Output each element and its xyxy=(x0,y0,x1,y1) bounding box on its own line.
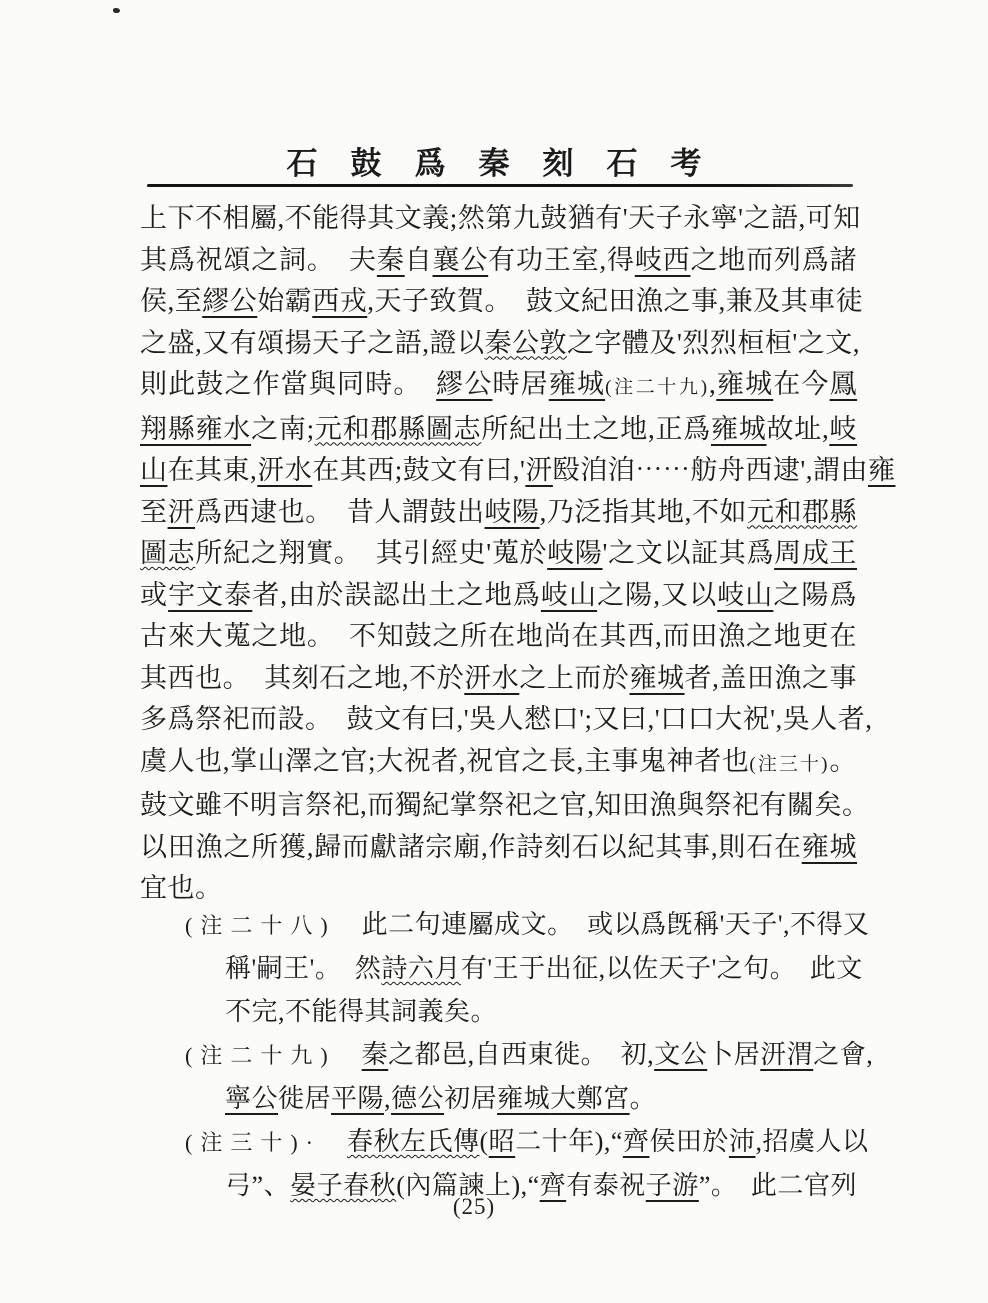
proper-noun-text: 岐山 xyxy=(541,580,597,610)
page-number: (25) xyxy=(0,1194,948,1220)
text-line: (注二十九)秦之都邑,自西東徙。 初,文公卜居汧渭之會, xyxy=(140,1033,857,1077)
text-segment: 不完,不能得其詞義矣。 xyxy=(225,997,497,1026)
text-segment: 虞人也,掌山澤之官;大祝者,祝官之長,主事鬼神者也 xyxy=(140,746,749,776)
text-line: 翔縣雍水之南;元和郡縣圖志所紀出土之地,正爲雍城故址,岐 xyxy=(140,409,857,451)
text-segment: 鼓文雖不明言祭祀,而獨紀掌祭祀之官,知田漁與祭祀有關矣。 xyxy=(140,790,870,820)
book-title-text: 秦公敦 xyxy=(485,328,568,358)
text-line: 虞人也,掌山澤之官;大祝者,祝官之長,主事鬼神者也(注三十)。 xyxy=(140,741,857,786)
text-segment: ( xyxy=(480,1127,489,1156)
text-segment: 殹洎洎⋯⋯舫舟西逮',謂由 xyxy=(553,455,868,485)
text-line: 圖志所紀之翔實。 其引經史'蒐於岐陽'之文以証其爲周成王 xyxy=(140,533,857,575)
text-segment: 多爲祭祀而設。 鼓文有曰,'吳人憖口';又曰,'口口大祝',吳人者, xyxy=(140,704,872,734)
footnote: (注二十九)秦之都邑,自西東徙。 初,文公卜居汧渭之會,寧公徙居平陽,德公初居雍… xyxy=(140,1033,857,1120)
text-segment: 之地而列爲諸 xyxy=(690,245,857,275)
text-segment: 或 xyxy=(140,580,168,610)
text-line: 至汧爲西逮也。 昔人謂鼓出岐陽,乃泛指其地,不如元和郡縣 xyxy=(140,492,857,534)
text-line: 或宇文泰者,由於誤認出土之地爲岐山之陽,又以岐山之陽爲 xyxy=(140,575,857,617)
book-title-text: 元和郡縣圖志 xyxy=(315,414,482,444)
book-title-text: 春秋左氏傳 xyxy=(347,1127,480,1156)
text-line: 山在其東,汧水在其西;鼓文有曰,'汧殹洎洎⋯⋯舫舟西逮',謂由雍 xyxy=(140,450,857,492)
text-segment: 所紀之翔實。 其引經史'蒐於 xyxy=(195,538,547,568)
text-segment: 之字體及'烈烈桓桓'之文, xyxy=(567,328,860,358)
text-segment: 所紀出土之地,正爲 xyxy=(481,414,711,444)
text-line: 其爲祝頌之詞。 夫秦自襄公有功王室,得岐西之地而列爲諸 xyxy=(140,240,857,282)
text-segment: 時居 xyxy=(492,369,548,399)
text-segment: 有功王室,得 xyxy=(488,245,635,275)
text-segment: 在今 xyxy=(773,369,829,399)
text-segment: ,天子致賀。 鼓文紀田漁之事,兼及其車徒 xyxy=(367,286,863,316)
text-line: 之盛,又有頌揚天子之語,證以秦公敦之字體及'烈烈桓桓'之文, xyxy=(140,323,857,365)
text-segment: 者,盖田漁之事 xyxy=(685,663,857,693)
proper-noun-text: 西戎 xyxy=(312,286,367,316)
text-line: 不完,不能得其詞義矣。 xyxy=(140,990,857,1033)
text-line: 其西也。 其刻石之地,不於汧水之上而於雍城者,盖田漁之事 xyxy=(140,658,857,700)
text-segment: , xyxy=(384,1084,391,1113)
document-title: 石鼓爲秦刻石考 xyxy=(0,138,988,183)
text-segment: 徙居 xyxy=(278,1084,331,1113)
text-segment: 爲西逮也。 昔人謂鼓出 xyxy=(195,497,484,527)
text-line: 則此鼓之作當與同時。 繆公時居雍城(注二十九),雍城在今鳳 xyxy=(140,364,857,409)
text-segment: ,招虞人以 xyxy=(755,1127,868,1156)
text-segment: 之南; xyxy=(251,414,315,444)
text-line: (注三十)·春秋左氏傳(昭二十年),“齊侯田於沛,招虞人以 xyxy=(140,1120,857,1164)
text-line: 鼓文雖不明言祭祀,而獨紀掌祭祀之官,知田漁與祭祀有關矣。 xyxy=(140,785,857,827)
text-segment: 其爲祝頌之詞。 夫 xyxy=(140,245,377,275)
text-segment: 有'王于出征,以佐天子'之句。 此文 xyxy=(461,954,863,983)
text-segment: 。 xyxy=(630,1084,657,1113)
text-segment: 之會, xyxy=(813,1040,873,1069)
text-segment: 至 xyxy=(140,497,168,527)
text-segment: ,乃泛指其地,不如 xyxy=(540,497,747,527)
text-segment: 故址, xyxy=(767,414,830,444)
proper-noun-text: 汧渭 xyxy=(760,1040,813,1069)
text-segment: 在其東, xyxy=(168,455,258,485)
text-segment: 之陽,又以 xyxy=(597,580,717,610)
proper-noun-text: 汧 xyxy=(168,497,196,527)
text-segment: 之上而於 xyxy=(519,663,629,693)
scan-artifact-speck xyxy=(113,8,120,13)
text-line: 古來大蒐之地。 不知鼓之所在地尚在其西,而田漁之地更在 xyxy=(140,616,857,658)
text-segment: 其西也。 其刻石之地,不於 xyxy=(140,663,464,693)
text-segment: 宜也。 xyxy=(140,873,223,903)
text-segment: 侯,至 xyxy=(140,286,202,316)
text-segment: 此二句連屬成文。 或以爲旣稱'天子',不得又 xyxy=(362,910,870,939)
text-segment: 。 xyxy=(829,746,857,776)
proper-noun-text: 秦 xyxy=(362,1040,389,1069)
proper-noun-text: 宇文泰 xyxy=(168,580,252,610)
proper-noun-text: 繆公 xyxy=(202,286,257,316)
text-line: (注二十八)此二句連屬成文。 或以爲旣稱'天子',不得又 xyxy=(140,903,857,947)
footnote-label: (注三十)· xyxy=(185,1130,321,1155)
proper-noun-text: 秦 xyxy=(377,245,405,275)
proper-noun-text: 襄公 xyxy=(433,245,489,275)
proper-noun-text: 山 xyxy=(140,455,168,485)
proper-noun-text: 寧公 xyxy=(225,1084,278,1113)
text-segment: 初居 xyxy=(444,1084,497,1113)
text-segment: 始霸 xyxy=(257,286,312,316)
proper-noun-text: 沛 xyxy=(729,1127,756,1156)
book-title-text: 元和郡縣 xyxy=(747,497,857,527)
footnotes: (注二十八)此二句連屬成文。 或以爲旣稱'天子',不得又稱'嗣王'。 然詩六月有… xyxy=(140,903,857,1207)
title-divider-rule xyxy=(147,184,853,187)
proper-noun-text: 大鄭宮 xyxy=(550,1084,630,1113)
text-segment: 以田漁之所獲,歸而獻諸宗廟,作詩刻石以紀其事,則石在 xyxy=(140,832,802,862)
proper-noun-text: 繆公 xyxy=(436,369,492,399)
proper-noun-text: 周成王 xyxy=(774,538,857,568)
text-line: 上下不相屬,不能得其文義;然第九鼓猶有'天子永寧'之語,可知 xyxy=(140,198,857,240)
proper-noun-text: 齊 xyxy=(623,1127,650,1156)
footnote-label: (注二十九) xyxy=(185,1043,336,1068)
proper-noun-text: 雍 xyxy=(868,455,896,485)
text-segment: 卜居 xyxy=(707,1040,760,1069)
text-line: 侯,至繆公始霸西戎,天子致賀。 鼓文紀田漁之事,兼及其車徒 xyxy=(140,281,857,323)
text-segment: 在其西;鼓文有曰,' xyxy=(312,455,525,485)
text-segment: 者,由於誤認出土之地爲 xyxy=(252,580,541,610)
text-segment: 之盛,又有頌揚天子之語,證以 xyxy=(140,328,485,358)
proper-noun-text: 昭 xyxy=(489,1127,516,1156)
text-line: 以田漁之所獲,歸而獻諸宗廟,作詩刻石以紀其事,則石在雍城 xyxy=(140,827,857,869)
inline-note-reference: (注三十) xyxy=(749,754,829,775)
proper-noun-text: 雍城 xyxy=(716,369,773,399)
proper-noun-text: 德公 xyxy=(391,1084,444,1113)
proper-noun-text: 雍水 xyxy=(196,414,252,444)
text-segment: 之都邑,自西東徙。 初, xyxy=(388,1040,654,1069)
footnote: (注二十八)此二句連屬成文。 或以爲旣稱'天子',不得又稱'嗣王'。 然詩六月有… xyxy=(140,903,857,1033)
text-segment: '之文以証其爲 xyxy=(603,538,775,568)
inline-note-reference: (注二十九) xyxy=(605,377,709,398)
proper-noun-text: 雍城 xyxy=(629,663,684,693)
proper-noun-text: 鳳 xyxy=(830,369,858,399)
body-text: 上下不相屬,不能得其文義;然第九鼓猶有'天子永寧'之語,可知其爲祝頌之詞。 夫秦… xyxy=(140,198,857,910)
footnote-label: (注二十八) xyxy=(185,913,336,938)
book-title-text: 圖志 xyxy=(140,538,195,568)
text-line: 稱'嗣王'。 然詩六月有'王于出征,以佐天子'之句。 此文 xyxy=(140,947,857,990)
proper-noun-text: 岐陽 xyxy=(547,538,602,568)
text-segment: 侯田於 xyxy=(649,1127,729,1156)
text-segment: 二十年),“ xyxy=(515,1127,623,1156)
proper-noun-text: 平陽 xyxy=(331,1084,384,1113)
proper-noun-text: 文公 xyxy=(654,1040,707,1069)
proper-noun-text: 汧 xyxy=(525,455,553,485)
text-segment: 之陽爲 xyxy=(773,580,857,610)
proper-noun-text: 汧水 xyxy=(257,455,312,485)
proper-noun-text: 岐 xyxy=(829,414,857,444)
proper-noun-text: 雍城 xyxy=(497,1084,550,1113)
proper-noun-text: 雍城 xyxy=(711,414,767,444)
proper-noun-text: 雍城 xyxy=(549,369,605,399)
proper-noun-text: 岐陽 xyxy=(485,497,540,527)
scanned-page: 石鼓爲秦刻石考 上下不相屬,不能得其文義;然第九鼓猶有'天子永寧'之語,可知其爲… xyxy=(0,0,988,1303)
text-segment: 則此鼓之作當與同時。 xyxy=(140,369,436,399)
text-segment: 自 xyxy=(405,245,433,275)
text-line: 寧公徙居平陽,德公初居雍城大鄭宮。 xyxy=(140,1077,857,1120)
book-title-text: 詩六月 xyxy=(381,954,461,983)
proper-noun-text: 雍城 xyxy=(802,832,857,862)
text-segment: 上下不相屬,不能得其文義;然第九鼓猶有'天子永寧'之語,可知 xyxy=(140,203,861,233)
proper-noun-text: 汧水 xyxy=(464,663,519,693)
proper-noun-text: 翔縣 xyxy=(140,414,196,444)
text-segment: 古來大蒐之地。 不知鼓之所在地尚在其西,而田漁之地更在 xyxy=(140,621,857,651)
proper-noun-text: 岐山 xyxy=(717,580,773,610)
text-line: 多爲祭祀而設。 鼓文有曰,'吳人憖口';又曰,'口口大祝',吳人者, xyxy=(140,699,857,741)
proper-noun-text: 岐西 xyxy=(635,245,691,275)
text-segment: 稱'嗣王'。 然 xyxy=(225,954,381,983)
